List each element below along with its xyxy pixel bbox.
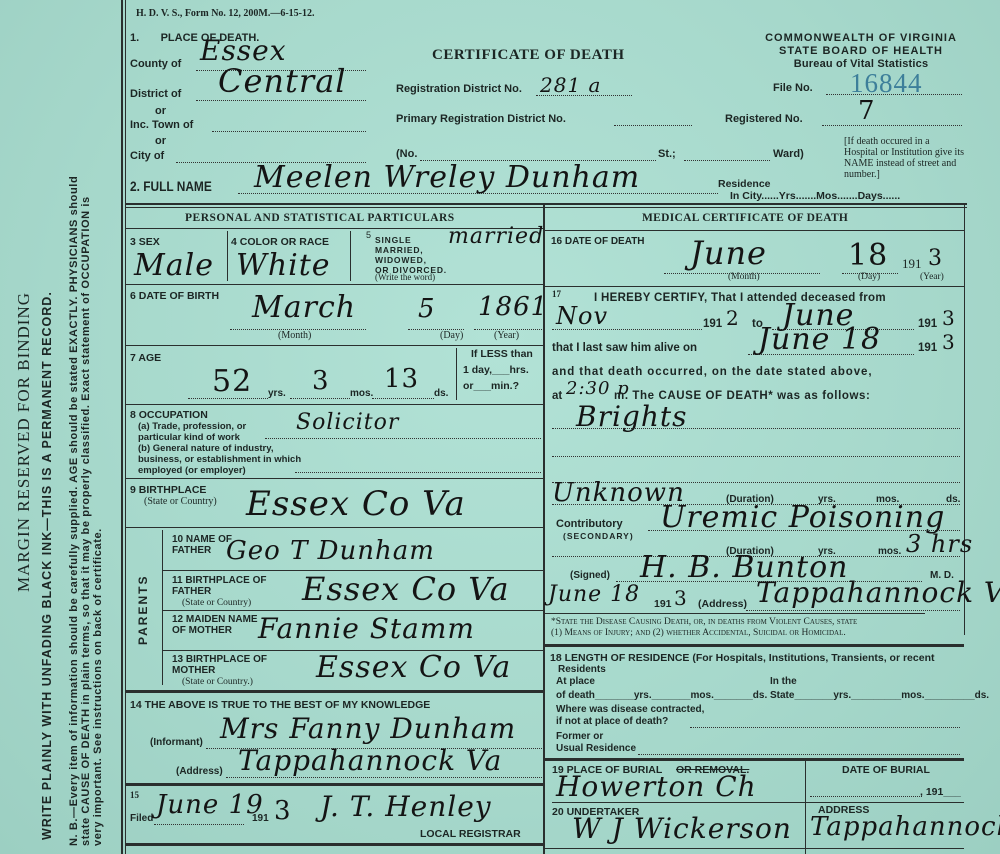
divider — [125, 284, 543, 285]
header-divider-2 — [125, 207, 967, 208]
thick-divider — [545, 644, 964, 647]
attended-from-year: 2 — [726, 306, 740, 330]
thick-divider — [125, 690, 543, 693]
divider — [545, 230, 964, 231]
signed-address-value: Tappahannock Va — [756, 576, 1000, 609]
undertaker-value: W J Wickerson — [572, 812, 792, 845]
full-name-label: 2. FULL NAME — [130, 178, 212, 194]
divider — [552, 802, 964, 803]
registrar-signature: J. T. Henley — [320, 790, 492, 823]
mos-label: mos. — [350, 388, 373, 399]
certificate-title: CERTIFICATE OF DEATH — [432, 47, 625, 64]
burial-date-label: DATE OF BURIAL — [842, 764, 930, 776]
filed-date-line — [154, 824, 244, 825]
divider — [125, 345, 543, 346]
yrs-label: yrs. — [268, 388, 286, 399]
dod-month-caption: (Month) — [728, 272, 760, 282]
cause-value: Brights — [576, 400, 688, 433]
certify-num: 17 — [552, 289, 561, 299]
dob-year: 1861 — [478, 292, 548, 322]
street-label: (No. — [396, 148, 417, 160]
age-years: 52 — [212, 364, 252, 399]
filed-num: 15 — [130, 790, 139, 800]
former-label-2: Usual Residence — [556, 743, 636, 754]
county-label: County of — [130, 58, 181, 70]
sex-value: Male — [134, 248, 214, 283]
divider — [545, 286, 964, 287]
attended-to-year: 3 — [942, 306, 956, 330]
dod-month: June — [690, 234, 767, 272]
left-border — [121, 0, 123, 854]
age-months: 3 — [312, 366, 330, 396]
address-label: (Address) — [176, 766, 223, 777]
mother-label: 12 MAIDEN NAME OF MOTHER — [172, 614, 272, 636]
divider — [456, 348, 457, 400]
filed-date: June 19 — [156, 790, 264, 820]
file-no-value: 16844 — [850, 68, 923, 99]
full-name-value: Meelen Wreley Dunham — [254, 160, 640, 195]
mother-bp-value: Essex Co Va — [316, 650, 511, 685]
st-label: St.; — [658, 148, 676, 160]
or-label: or — [155, 105, 166, 117]
signed-year-prefix: 191 — [654, 598, 672, 610]
dod-day: 18 — [848, 238, 888, 273]
or-label-2: or — [155, 135, 166, 147]
marital-num: 5 — [366, 230, 371, 240]
residence-label: Residence — [718, 178, 771, 190]
age-label: 7 AGE — [130, 352, 161, 364]
last-saw-date: June 18 — [758, 322, 881, 357]
burial-date-line — [810, 796, 922, 797]
occupation-b-label: (b) General nature of industry, business… — [138, 443, 303, 476]
informant-label: (Informant) — [150, 737, 203, 748]
nb-line-1: N. B.—Every item of information should b… — [68, 176, 80, 846]
day-caption: (Day) — [440, 330, 463, 341]
margin-nb-text: N. B.—Every item of information should b… — [68, 176, 104, 846]
issuer-block: COMMONWEALTH OF VIRGINIA STATE BOARD OF … — [728, 32, 994, 71]
mother-bp-sub: (State or Country.) — [182, 677, 253, 687]
margin-binding-text: MARGIN RESERVED FOR BINDING — [14, 292, 34, 592]
filed-year-prefix: 191 — [252, 813, 269, 824]
month-caption: (Month) — [278, 330, 311, 341]
file-no-label: File No. — [773, 82, 813, 94]
city-label: City of — [130, 150, 164, 162]
father-value: Geo T Dunham — [226, 536, 435, 566]
contracted-line — [690, 727, 960, 728]
at-label: at — [552, 390, 562, 402]
last-saw-label: that I last saw him alive on — [552, 342, 697, 354]
birthplace-sub: (State or Country) — [144, 496, 217, 507]
attended-to-year-prefix: 191 — [918, 318, 937, 330]
primary-district-line — [614, 125, 692, 126]
registered-no-label: Registered No. — [725, 113, 803, 125]
undertaker-address-value: Tappahannock Va — [810, 812, 1000, 842]
at-place-label: At place — [556, 676, 595, 687]
district-label: District of — [130, 88, 181, 100]
occupation-label: 8 OCCUPATION — [130, 409, 208, 421]
divider — [125, 404, 543, 405]
header-divider — [125, 203, 967, 205]
mother-bp-label: 13 BIRTHPLACE OF MOTHER — [172, 654, 282, 676]
race-value: White — [236, 248, 331, 283]
personal-heading: PERSONAL AND STATISTICAL PARTICULARS — [185, 212, 455, 224]
birthplace-label: 9 BIRTHPLACE — [130, 484, 206, 496]
divider — [227, 231, 228, 281]
age-months-line — [290, 398, 350, 399]
contracted-label: Where was disease contracted, — [556, 704, 704, 715]
divider — [545, 613, 925, 614]
parents-label: PARENTS — [136, 575, 150, 645]
medical-heading: MEDICAL CERTIFICATE OF DEATH — [642, 212, 848, 224]
contributory-label: Contributory — [556, 518, 623, 530]
contracted-label-2: if not at place of death? — [556, 716, 668, 727]
burial-year-prefix: , 191___ — [920, 786, 961, 798]
residence-heading: 18 LENGTH OF RESIDENCE (For Hospitals, I… — [550, 652, 934, 664]
last-saw-year: 3 — [942, 330, 956, 354]
occupation-a-label: (a) Trade, profession, or particular kin… — [138, 421, 273, 443]
dod-year-prefix: 191 — [902, 256, 922, 272]
dob-day: 5 — [418, 294, 436, 324]
residence-heading-2: Residents — [558, 664, 606, 675]
marital-label: SINGLE MARRIED, WIDOWED, OR DIVORCED. — [375, 235, 447, 275]
signed-address-line — [746, 610, 960, 611]
marital-value: married — [448, 224, 544, 249]
father-bp-value: Essex Co Va — [302, 570, 510, 608]
dob-month: March — [252, 290, 356, 325]
dod-label: 16 DATE OF DEATH — [551, 236, 645, 247]
dod-year-caption: (Year) — [920, 272, 944, 282]
race-label: 4 COLOR OR RACE — [231, 236, 329, 248]
in-the-label: In the — [770, 676, 797, 687]
attended-from: Nov — [556, 302, 608, 330]
less-than-hrs: 1 day,___hrs. — [463, 364, 529, 376]
nb-line-3: very important. See instructions on back… — [92, 176, 104, 846]
former-label: Former or — [556, 731, 603, 742]
divider — [125, 478, 543, 479]
informant-heading: 14 THE ABOVE IS TRUE TO THE BEST OF MY K… — [130, 699, 430, 711]
dod-day-caption: (Day) — [858, 272, 880, 282]
residence-in-city-label: In City......Yrs.......Mos.......Days...… — [730, 190, 900, 202]
duration-ds: ds. — [946, 494, 960, 505]
dod-year: 3 — [928, 246, 943, 271]
occupation-b-line — [295, 472, 541, 473]
father-bp-label: 11 BIRTHPLACE OF FATHER — [172, 575, 282, 597]
address-value: Tappahannock Va — [238, 744, 502, 777]
divider — [125, 527, 543, 528]
district-value: Central — [218, 62, 347, 100]
primary-district-label: Primary Registration District No. — [396, 113, 566, 125]
dob-label: 6 DATE OF BIRTH — [130, 290, 219, 302]
divider — [163, 610, 543, 611]
divider — [805, 760, 806, 854]
cause-line-2 — [552, 456, 960, 457]
occurred-text: and that death occurred, on the date sta… — [552, 366, 872, 378]
registered-no-value: 7 — [858, 96, 876, 126]
age-days-line — [372, 398, 434, 399]
signed-year: 3 — [674, 586, 688, 610]
marital-hint: (Write the word) — [375, 272, 435, 282]
registered-no-line — [822, 125, 962, 126]
town-line — [212, 131, 366, 132]
less-than-label: If LESS than — [471, 348, 533, 360]
signed-date: June 18 — [548, 582, 640, 607]
margin-ink-text: WRITE PLAINLY WITH UNFADING BLACK INK—TH… — [40, 291, 54, 840]
thick-divider — [125, 783, 543, 786]
left-border-inner — [125, 0, 126, 854]
nb-line-2: state CAUSE OF DEATH in plain terms, so … — [80, 176, 92, 846]
town-label: Inc. Town of — [130, 119, 193, 131]
address-line — [226, 777, 542, 778]
father-bp-sub: (State or Country) — [182, 598, 251, 608]
sex-label: 3 SEX — [130, 236, 160, 248]
footnote: *State the Disease Causing Death, or, in… — [551, 617, 963, 639]
thick-divider — [125, 843, 543, 846]
form-number: H. D. V. S., Form No. 12, 200M.—6-15-12. — [136, 8, 315, 19]
occupation-a-value: Solicitor — [296, 410, 399, 435]
footnote-line-1: *State the Disease Causing Death, or, in… — [551, 617, 963, 628]
residence-in-state: State_______yrs._________mos._________ds… — [770, 690, 989, 701]
divider — [350, 231, 351, 281]
footnote-line-2: (1) Means of Injury; and (2) whether Acc… — [551, 628, 963, 639]
divider — [545, 848, 964, 849]
secondary-label: (SECONDARY) — [563, 531, 634, 541]
district-line — [196, 100, 366, 101]
mother-value: Fannie Stamm — [258, 612, 475, 645]
duration-secondary: 3 hrs — [906, 530, 973, 558]
signed-address-label: (Address) — [698, 598, 747, 610]
residence-at-death: of death_______yrs._______mos._______ds. — [556, 690, 767, 701]
informant-value: Mrs Fanny Dunham — [220, 712, 516, 745]
registrar-label: LOCAL REGISTRAR — [420, 828, 521, 840]
hospital-note: [If death occured in a Hospital or Insti… — [844, 136, 964, 180]
birthplace-value: Essex Co Va — [246, 484, 466, 524]
former-line — [638, 754, 960, 755]
burial-place-value: Howerton Ch — [556, 770, 757, 803]
contributory-value: Uremic Poisoning — [660, 500, 945, 535]
registration-district-label: Registration District No. — [396, 83, 522, 95]
age-days: 13 — [384, 364, 419, 394]
ward-line — [684, 160, 770, 161]
ds-label: ds. — [434, 388, 448, 399]
thick-divider — [545, 758, 964, 761]
attended-from-year-prefix: 191 — [703, 318, 722, 330]
duration-mos-2: mos. — [878, 546, 901, 557]
divider — [162, 530, 163, 685]
registration-district-value: 281 a — [540, 73, 601, 97]
filed-year: 3 — [274, 796, 292, 826]
less-than-min: or___min.? — [463, 380, 519, 392]
last-saw-year-prefix: 191 — [918, 342, 937, 354]
signed-label: (Signed) — [570, 570, 610, 581]
ward-label: Ward) — [773, 148, 804, 160]
right-border — [964, 205, 965, 635]
issuer-line-2: STATE BOARD OF HEALTH — [728, 45, 994, 58]
issuer-line-1: COMMONWEALTH OF VIRGINIA — [728, 32, 994, 45]
year-caption: (Year) — [494, 330, 519, 341]
occupation-a-line — [265, 438, 541, 439]
death-certificate: MARGIN RESERVED FOR BINDING WRITE PLAINL… — [0, 0, 1000, 854]
filed-label: Filed — [130, 813, 153, 824]
